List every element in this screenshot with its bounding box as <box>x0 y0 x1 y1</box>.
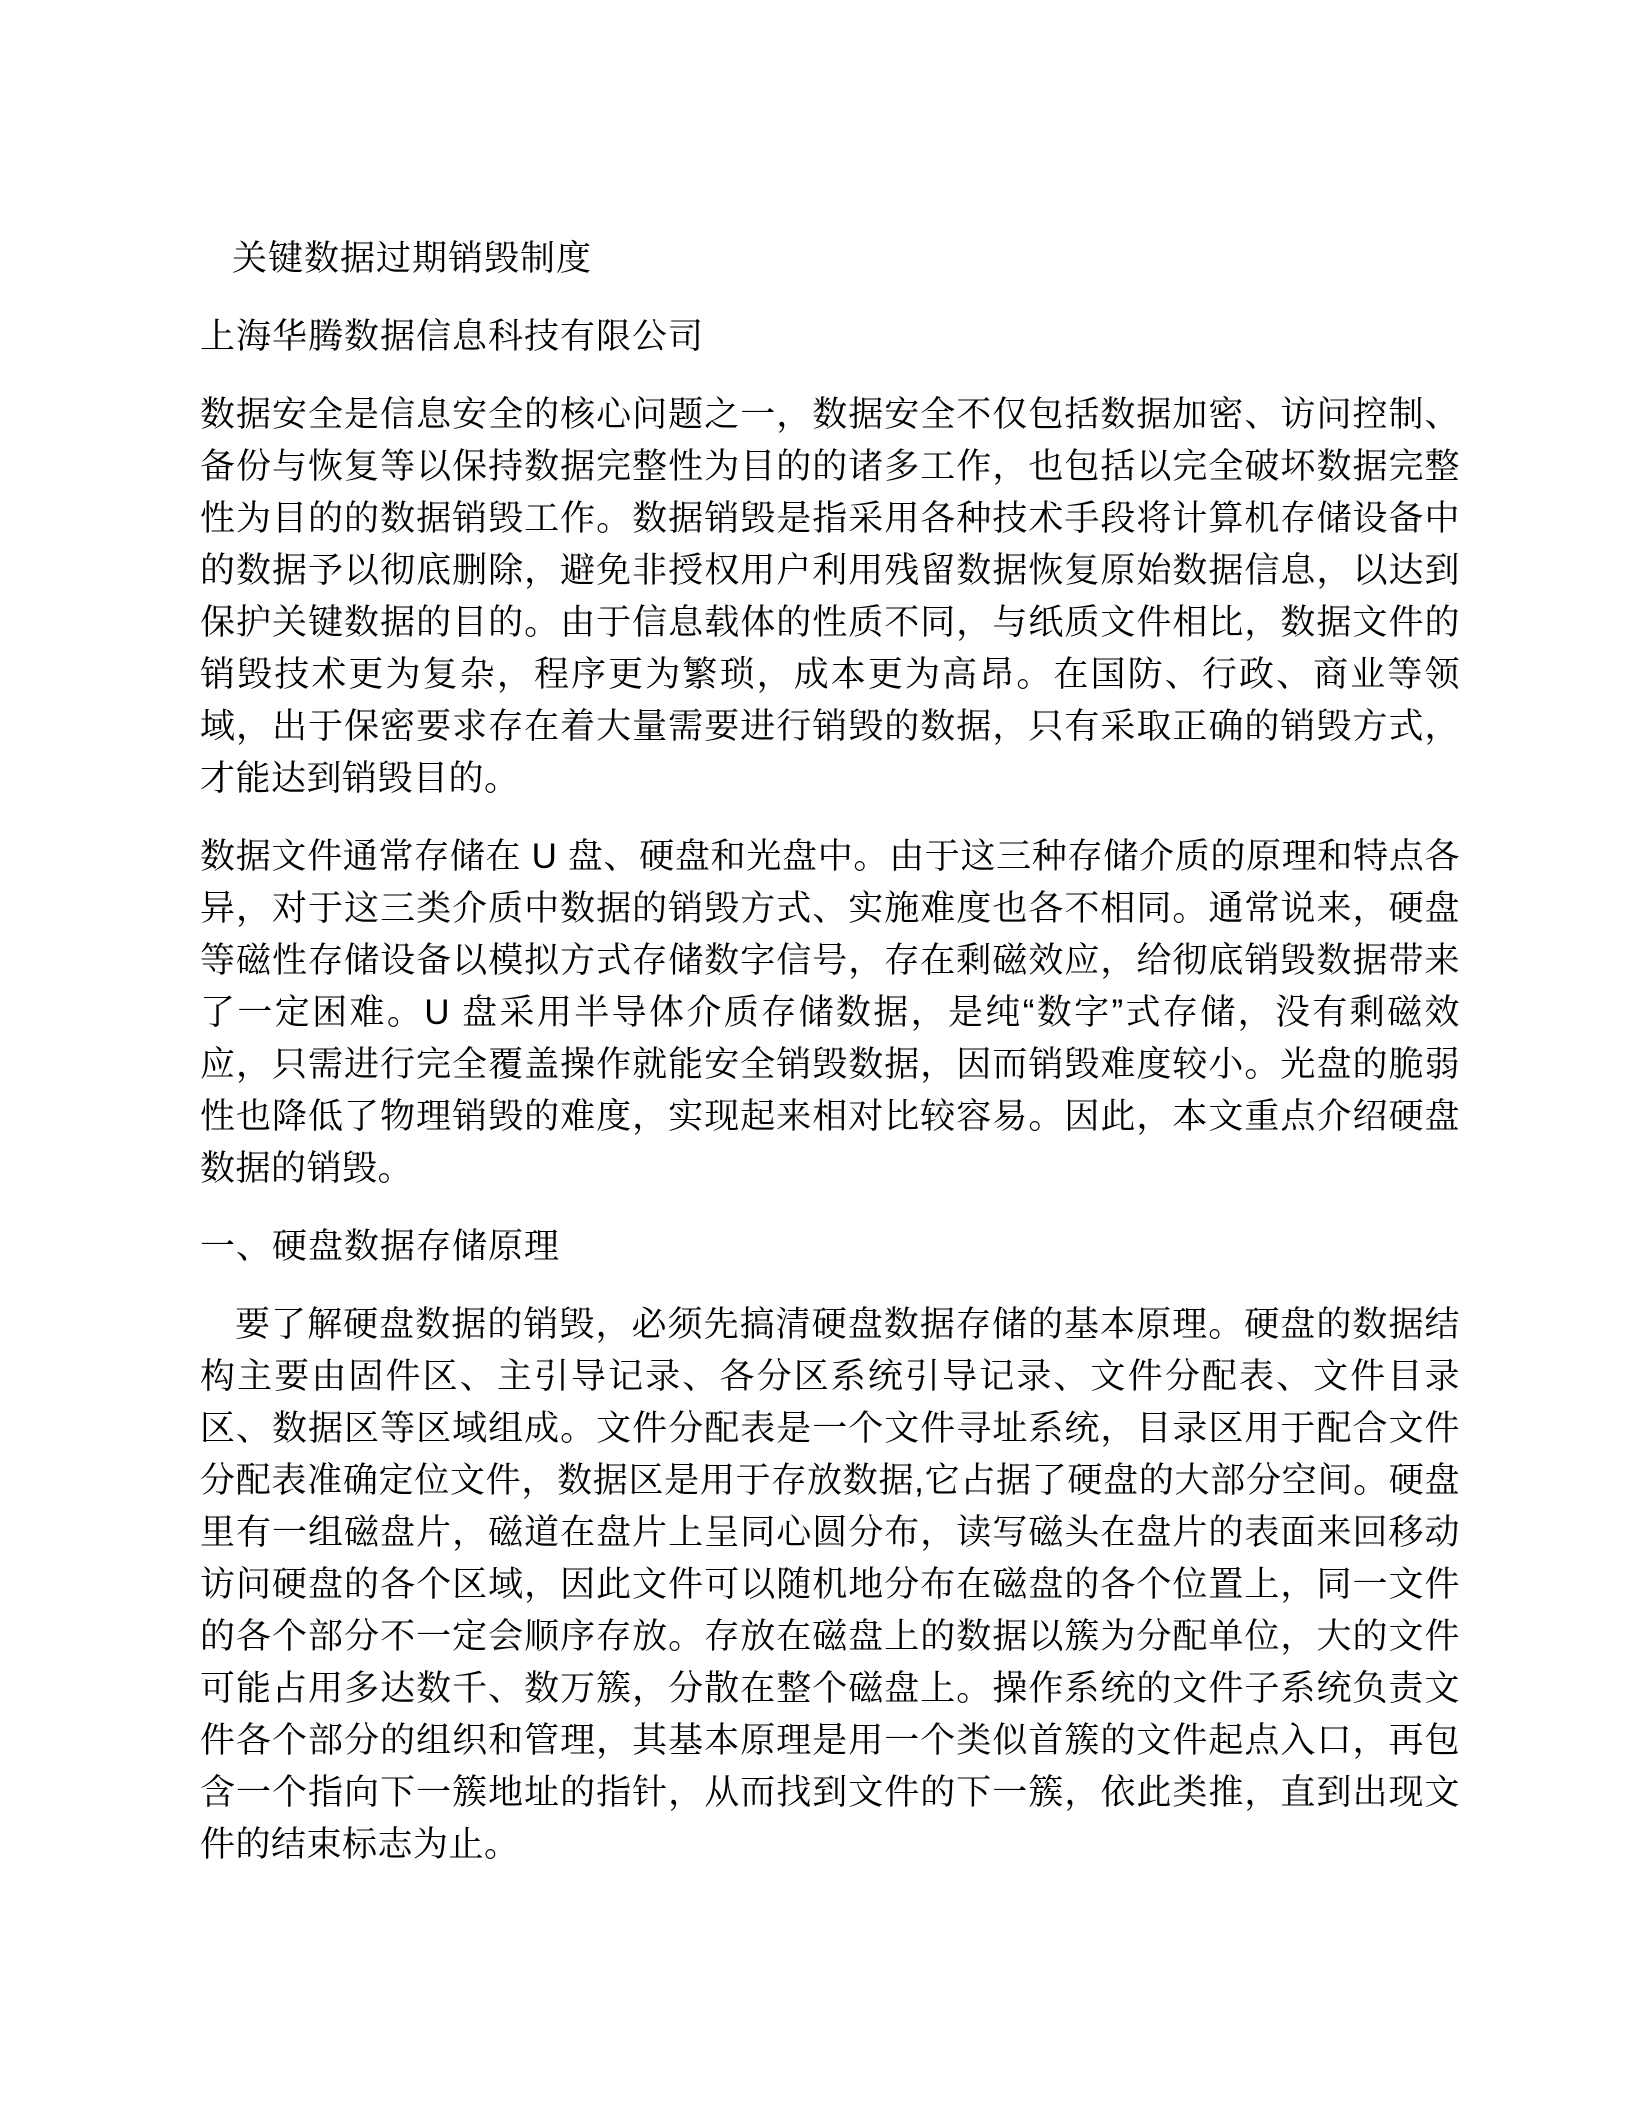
company-name: 上海华腾数据信息科技有限公司 <box>200 311 1460 363</box>
paragraph-hdd-storage-principle: 要了解硬盘数据的销毁，必须先搞清硬盘数据存储的基本原理。硬盘的数据结构主要由固件… <box>200 1299 1460 1871</box>
document-page: 关键数据过期销毁制度 上海华腾数据信息科技有限公司 数据安全是信息安全的核心问题… <box>0 0 1632 2112</box>
paragraph-data-security-intro: 数据安全是信息安全的核心问题之一，数据安全不仅包括数据加密、访问控制、备份与恢复… <box>200 389 1460 805</box>
document-title: 关键数据过期销毁制度 <box>232 233 1460 285</box>
section-heading-hdd-storage-principle: 一、硬盘数据存储原理 <box>200 1221 1460 1273</box>
paragraph-storage-media: 数据文件通常存储在 U 盘、硬盘和光盘中。由于这三种存储介质的原理和特点各异，对… <box>200 831 1460 1195</box>
